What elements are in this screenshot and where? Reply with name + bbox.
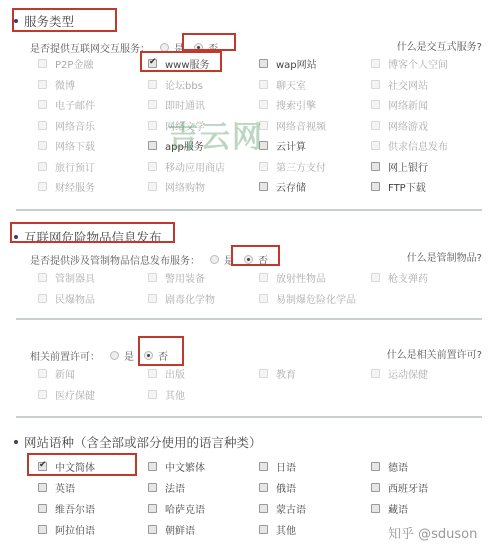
question-label: 相关前置许可： bbox=[30, 348, 100, 363]
checkbox-option[interactable]: 其他 bbox=[148, 387, 185, 402]
checkbox-label: 即时通讯 bbox=[165, 97, 205, 112]
checkbox-label: 阿拉伯语 bbox=[55, 522, 95, 537]
checkbox-icon[interactable] bbox=[38, 80, 47, 89]
checkbox-label: wap网站 bbox=[276, 56, 317, 71]
checkbox-label: 蒙古语 bbox=[276, 501, 306, 516]
checkbox-option[interactable]: 搜索引擎 bbox=[259, 97, 316, 112]
checkbox-option[interactable]: 德语 bbox=[371, 459, 408, 474]
checkbox-label: 搜索引擎 bbox=[276, 97, 316, 112]
checkbox-option[interactable]: wap网站 bbox=[259, 56, 317, 71]
checkbox-label: 供求信息发布 bbox=[388, 138, 448, 153]
checkbox-icon[interactable] bbox=[148, 462, 157, 471]
checkbox-option[interactable]: 网络游戏 bbox=[371, 118, 428, 133]
checkbox-icon[interactable] bbox=[148, 390, 157, 399]
highlight-box-title-service bbox=[12, 8, 117, 32]
checkbox-option[interactable]: FTP下载 bbox=[371, 179, 426, 194]
divider bbox=[16, 416, 482, 418]
checkbox-icon[interactable] bbox=[371, 141, 380, 150]
checkbox-option[interactable]: 枪支弹药 bbox=[371, 270, 428, 285]
checkbox-icon[interactable] bbox=[148, 483, 157, 492]
checkbox-icon[interactable] bbox=[259, 294, 268, 303]
highlight-box-radio-no bbox=[231, 245, 280, 266]
checkbox-label: 剧毒化学物 bbox=[165, 291, 215, 306]
checkbox-label: 网上银行 bbox=[388, 159, 428, 174]
checkbox-option[interactable]: 云计算 bbox=[259, 138, 306, 153]
checkbox-option[interactable]: 电子邮件 bbox=[38, 97, 95, 112]
checkbox-label: 移动应用商店 bbox=[165, 159, 225, 174]
checkbox-icon[interactable] bbox=[259, 162, 268, 171]
checkbox-label: 网络下载 bbox=[55, 138, 95, 153]
checkbox-label: 朝鲜语 bbox=[165, 522, 195, 537]
watermark-zhihu: 知乎 @sduson bbox=[388, 523, 477, 542]
checkbox-option[interactable]: 日语 bbox=[259, 459, 296, 474]
checkbox-option[interactable]: 财经服务 bbox=[38, 179, 95, 194]
checkbox-option[interactable]: 法语 bbox=[148, 480, 185, 495]
checkbox-option[interactable]: 民爆物品 bbox=[38, 291, 95, 306]
section-title-text: 网站语种（含全部或部分使用的语言种类） bbox=[24, 433, 262, 451]
checkbox-icon[interactable] bbox=[371, 59, 380, 68]
checkbox-icon[interactable] bbox=[259, 483, 268, 492]
checkbox-option[interactable]: 运动保健 bbox=[371, 366, 428, 381]
checkbox-label: 哈萨克语 bbox=[165, 501, 205, 516]
checkbox-option[interactable]: 中文繁体 bbox=[148, 459, 205, 474]
checkbox-icon[interactable] bbox=[148, 121, 157, 130]
checkbox-option[interactable]: 网络购物 bbox=[148, 179, 205, 194]
checkbox-option[interactable]: 网络下载 bbox=[38, 138, 95, 153]
checkbox-label: 论坛bbs bbox=[165, 77, 203, 92]
checkbox-icon[interactable] bbox=[148, 141, 157, 150]
checkbox-option[interactable]: 西班牙语 bbox=[371, 480, 428, 495]
checkbox-label: 易制爆危险化学品 bbox=[276, 291, 356, 306]
checkbox-icon[interactable] bbox=[259, 369, 268, 378]
checkbox-option[interactable]: 易制爆危险化学品 bbox=[259, 291, 356, 306]
checkbox-icon[interactable] bbox=[38, 121, 47, 130]
checkbox-icon[interactable] bbox=[148, 525, 157, 534]
checkbox-label: 枪支弹药 bbox=[388, 270, 428, 285]
checkbox-icon[interactable] bbox=[371, 273, 380, 282]
checkbox-icon[interactable] bbox=[38, 182, 47, 191]
checkbox-icon[interactable] bbox=[259, 504, 268, 513]
checkbox-icon[interactable] bbox=[371, 483, 380, 492]
checkbox-label: 电子邮件 bbox=[55, 97, 95, 112]
checkbox-icon[interactable] bbox=[259, 100, 268, 109]
checkbox-icon[interactable] bbox=[371, 80, 380, 89]
checkbox-label: 其他 bbox=[165, 387, 185, 402]
checkbox-option[interactable]: 移动应用商店 bbox=[148, 159, 225, 174]
checkbox-label: 出版 bbox=[165, 366, 185, 381]
checkbox-label: 网络音视频 bbox=[276, 118, 326, 133]
checkbox-label: 中文繁体 bbox=[165, 459, 205, 474]
checkbox-label: 西班牙语 bbox=[388, 480, 428, 495]
checkbox-option[interactable]: 网络音视频 bbox=[259, 118, 326, 133]
checkbox-icon[interactable] bbox=[148, 294, 157, 303]
checkbox-label: 云存储 bbox=[276, 179, 306, 194]
checkbox-icon[interactable] bbox=[38, 504, 47, 513]
checkbox-option[interactable]: 社交网站 bbox=[371, 77, 428, 92]
checkbox-option[interactable]: 微博 bbox=[38, 77, 75, 92]
checkbox-option[interactable]: 藏语 bbox=[371, 501, 408, 516]
checkbox-option[interactable]: 其他 bbox=[259, 522, 296, 537]
checkbox-option[interactable]: 旅行预订 bbox=[38, 159, 95, 174]
section-title-languages: 网站语种（含全部或部分使用的语言种类） bbox=[14, 433, 262, 451]
checkbox-label: 日语 bbox=[276, 459, 296, 474]
checkbox-icon[interactable] bbox=[148, 369, 157, 378]
checkbox-icon[interactable] bbox=[38, 59, 47, 68]
checkbox-icon[interactable] bbox=[148, 504, 157, 513]
checkbox-label: 网络游戏 bbox=[388, 118, 428, 133]
checkbox-icon[interactable] bbox=[148, 80, 157, 89]
checkbox-icon[interactable] bbox=[259, 182, 268, 191]
divider bbox=[16, 318, 482, 320]
checkbox-icon[interactable] bbox=[38, 141, 47, 150]
checkbox-label: 教育 bbox=[276, 366, 296, 381]
checkbox-label: 俄语 bbox=[276, 480, 296, 495]
checkbox-icon[interactable] bbox=[38, 162, 47, 171]
checkbox-icon[interactable] bbox=[38, 273, 47, 282]
checkbox-label: 英语 bbox=[55, 480, 75, 495]
highlight-box-radio-no bbox=[182, 33, 236, 51]
checkbox-option[interactable]: 聊天室 bbox=[259, 77, 306, 92]
checkbox-label: 放射性物品 bbox=[276, 270, 326, 285]
divider bbox=[16, 209, 482, 211]
checkbox-option[interactable]: 警用装备 bbox=[148, 270, 205, 285]
checkbox-label: 医疗保健 bbox=[55, 387, 95, 402]
checkbox-icon[interactable] bbox=[371, 182, 380, 191]
question-label: 是否提供互联网交互服务： bbox=[30, 40, 150, 55]
checkbox-label: 博客个人空间 bbox=[388, 56, 448, 71]
checkbox-label: 网络新闻 bbox=[388, 97, 428, 112]
checkbox-option[interactable]: 管制器具 bbox=[38, 270, 95, 285]
highlight-box-simplified-chinese bbox=[27, 453, 137, 476]
checkbox-icon[interactable] bbox=[259, 80, 268, 89]
checkbox-label: 藏语 bbox=[388, 501, 408, 516]
help-link-pre-license[interactable]: 什么是相关前置许可? bbox=[387, 346, 482, 361]
checkbox-option[interactable]: 新闻 bbox=[38, 366, 75, 381]
checkbox-icon[interactable] bbox=[259, 525, 268, 534]
checkbox-label: 网络音乐 bbox=[55, 118, 95, 133]
checkbox-label: 财经服务 bbox=[55, 179, 95, 194]
checkbox-option[interactable]: 即时通讯 bbox=[148, 97, 205, 112]
checkbox-option[interactable]: P2P金融 bbox=[38, 56, 93, 71]
checkbox-icon[interactable] bbox=[38, 390, 47, 399]
checkbox-icon[interactable] bbox=[259, 59, 268, 68]
highlight-box-title-dangerous bbox=[10, 222, 175, 243]
checkbox-option[interactable]: 哈萨克语 bbox=[148, 501, 205, 516]
checkbox-option[interactable]: 蒙古语 bbox=[259, 501, 306, 516]
help-link-controlled-goods[interactable]: 什么是管制物品? bbox=[407, 249, 482, 264]
checkbox-icon[interactable] bbox=[38, 294, 47, 303]
checkbox-option[interactable]: 维吾尔语 bbox=[38, 501, 95, 516]
checkbox-icon[interactable] bbox=[148, 182, 157, 191]
checkbox-icon[interactable] bbox=[148, 162, 157, 171]
bullet-icon bbox=[14, 440, 18, 444]
checkbox-icon[interactable] bbox=[148, 100, 157, 109]
checkbox-icon[interactable] bbox=[38, 100, 47, 109]
checkbox-label: 云计算 bbox=[276, 138, 306, 153]
highlight-box-radio-no bbox=[138, 336, 184, 366]
checkbox-icon[interactable] bbox=[38, 369, 47, 378]
checkbox-icon[interactable] bbox=[259, 462, 268, 471]
checkbox-label: 第三方支付 bbox=[276, 159, 326, 174]
checkbox-option[interactable]: 剧毒化学物 bbox=[148, 291, 215, 306]
checkbox-option[interactable]: 网上银行 bbox=[371, 159, 428, 174]
checkbox-icon[interactable] bbox=[259, 273, 268, 282]
checkbox-option[interactable]: 出版 bbox=[148, 366, 185, 381]
checkbox-label: 法语 bbox=[165, 480, 185, 495]
checkbox-label: 社交网站 bbox=[388, 77, 428, 92]
checkbox-option[interactable]: 网络新闻 bbox=[371, 97, 428, 112]
checkbox-option[interactable]: 医疗保健 bbox=[38, 387, 95, 402]
checkbox-option[interactable]: 云存储 bbox=[259, 179, 306, 194]
checkbox-icon[interactable] bbox=[38, 483, 47, 492]
question-label: 是否提供涉及管制物品信息发布服务： bbox=[30, 252, 200, 267]
checkbox-label: 维吾尔语 bbox=[55, 501, 95, 516]
checkbox-option[interactable]: 教育 bbox=[259, 366, 296, 381]
checkbox-option[interactable]: 放射性物品 bbox=[259, 270, 326, 285]
checkbox-option[interactable]: 朝鲜语 bbox=[148, 522, 195, 537]
checkbox-label: 聊天室 bbox=[276, 77, 306, 92]
checkbox-label: 其他 bbox=[276, 522, 296, 537]
checkbox-label: 旅行预订 bbox=[55, 159, 95, 174]
checkbox-icon[interactable] bbox=[371, 121, 380, 130]
checkbox-label: 微博 bbox=[55, 77, 75, 92]
checkbox-option[interactable]: 供求信息发布 bbox=[371, 138, 448, 153]
checkbox-label: 德语 bbox=[388, 459, 408, 474]
watermark-center: 吉云网 bbox=[168, 112, 264, 156]
checkbox-option[interactable]: 阿拉伯语 bbox=[38, 522, 95, 537]
highlight-box-www bbox=[140, 51, 222, 72]
checkbox-icon[interactable] bbox=[371, 504, 380, 513]
checkbox-label: 网络购物 bbox=[165, 179, 205, 194]
checkbox-option[interactable]: 网络音乐 bbox=[38, 118, 95, 133]
checkbox-label: 警用装备 bbox=[165, 270, 205, 285]
checkbox-option[interactable]: 第三方支付 bbox=[259, 159, 326, 174]
checkbox-icon[interactable] bbox=[371, 100, 380, 109]
radio-yes[interactable]: 是 bbox=[110, 348, 134, 363]
checkbox-label: P2P金融 bbox=[55, 56, 93, 71]
checkbox-icon[interactable] bbox=[371, 369, 380, 378]
checkbox-label: 民爆物品 bbox=[55, 291, 95, 306]
checkbox-option[interactable]: 博客个人空间 bbox=[371, 56, 448, 71]
checkbox-label: 运动保健 bbox=[388, 366, 428, 381]
checkbox-label: 管制器具 bbox=[55, 270, 95, 285]
checkbox-icon[interactable] bbox=[371, 462, 380, 471]
checkbox-option[interactable]: 英语 bbox=[38, 480, 75, 495]
checkbox-icon[interactable] bbox=[148, 273, 157, 282]
checkbox-icon[interactable] bbox=[371, 162, 380, 171]
checkbox-option[interactable]: 论坛bbs bbox=[148, 77, 203, 92]
help-link-interactive-service[interactable]: 什么是交互式服务? bbox=[397, 38, 482, 53]
checkbox-icon[interactable] bbox=[38, 525, 47, 534]
checkbox-label: 新闻 bbox=[55, 366, 75, 381]
checkbox-option[interactable]: 俄语 bbox=[259, 480, 296, 495]
checkbox-label: FTP下载 bbox=[388, 179, 426, 194]
